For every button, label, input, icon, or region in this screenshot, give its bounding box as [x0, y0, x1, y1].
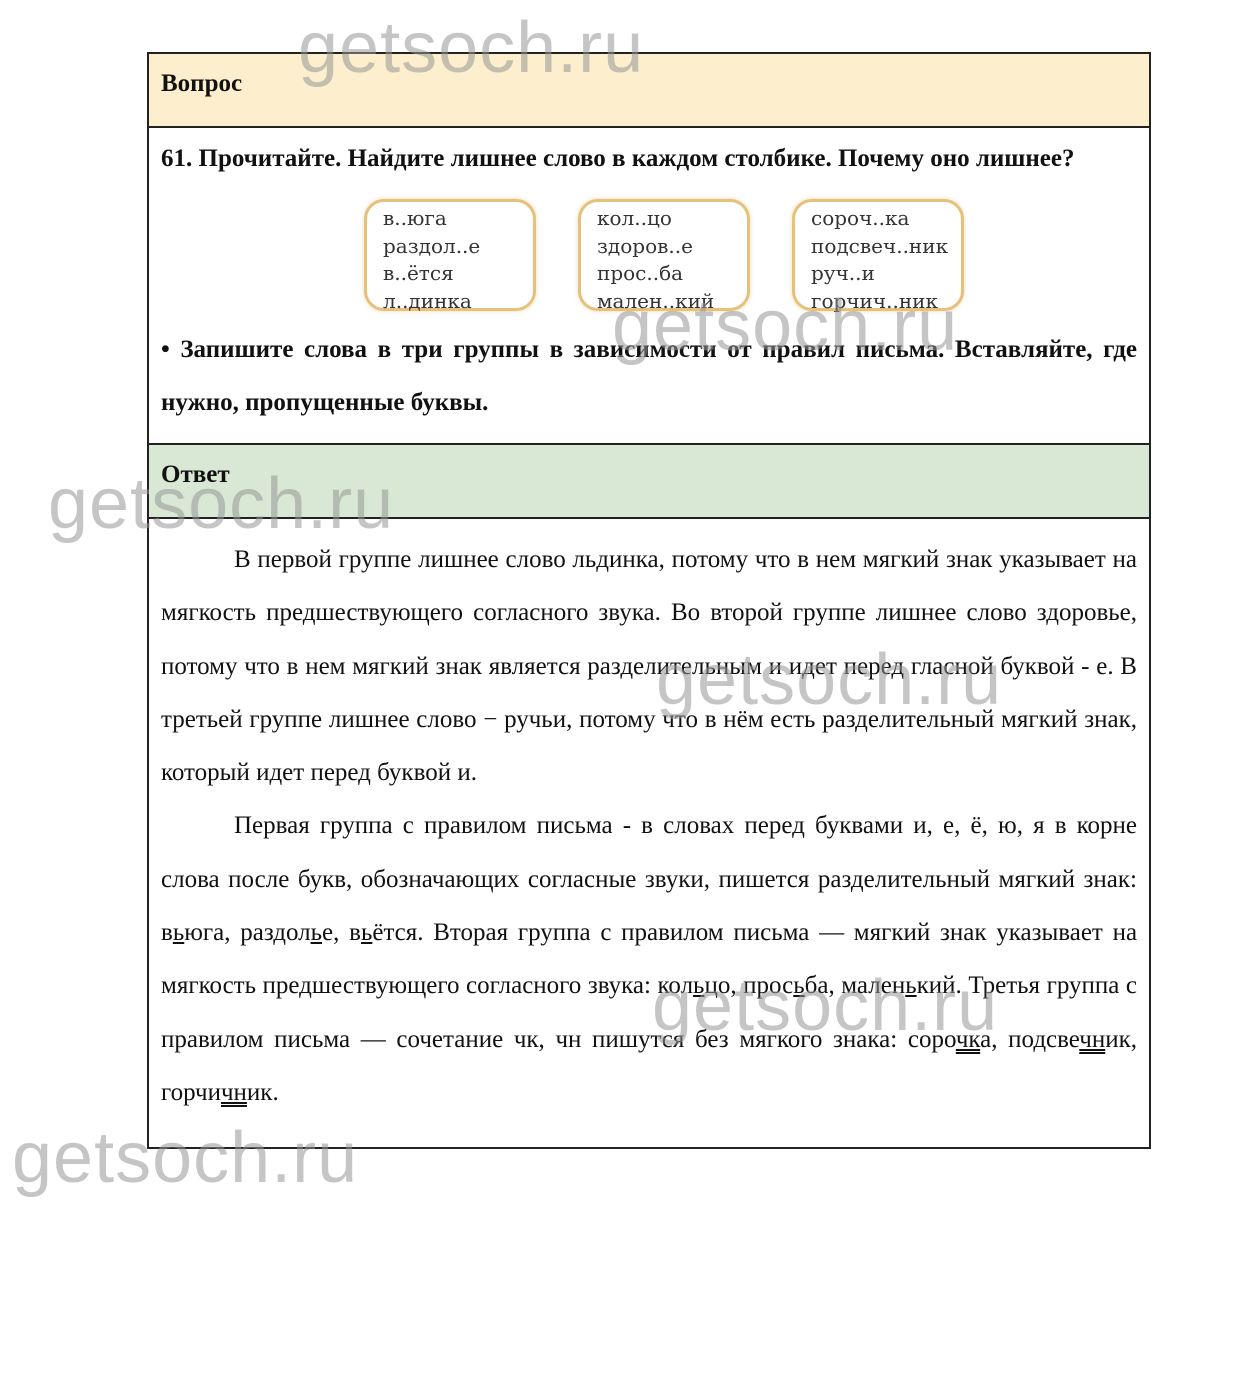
word-columns: в..юга раздол..е в..ётся л..динка кол..ц…	[161, 199, 1137, 311]
word-item: сороч..ка	[811, 205, 961, 233]
question-header: Вопрос	[149, 54, 1149, 128]
answer-header-label: Ответ	[161, 461, 230, 488]
example-word: маленький	[841, 972, 955, 999]
highlighted-letters: ь	[311, 919, 322, 946]
group1-intro: Первая группа с правилом письма - в слов…	[161, 812, 1137, 892]
example-word: вьюга	[161, 919, 224, 946]
highlighted-letters: чн	[221, 1079, 247, 1106]
highlighted-letters: чн	[1079, 1026, 1105, 1053]
word-item: здоров..е	[597, 233, 747, 261]
word-item: подсвеч..ник	[811, 233, 961, 261]
group1-words: вьюга, раздолье, вьётся	[161, 919, 417, 946]
word-item: горчич..ник	[811, 288, 961, 316]
word-item: л..динка	[383, 288, 533, 316]
example-word: сорочка	[908, 1026, 991, 1053]
example-word: подсвечник	[1008, 1026, 1131, 1053]
example-word: вьётся	[349, 919, 417, 946]
example-word: раздолье	[240, 919, 333, 946]
highlighted-letters: чк	[956, 1026, 980, 1053]
word-column-1: в..юга раздол..е в..ётся л..динка	[364, 199, 536, 311]
example-word: горчичник	[161, 1079, 272, 1106]
highlighted-letters: ь	[693, 972, 704, 999]
question-header-label: Вопрос	[161, 70, 242, 97]
answer-paragraph-2: Первая группа с правилом письма - в слов…	[161, 799, 1137, 1119]
question-task: • Запишите слова в три группы в зависимо…	[161, 323, 1137, 429]
word-item: руч..и	[811, 260, 961, 288]
word-item: прос..ба	[597, 260, 747, 288]
word-column-2: кол..цо здоров..е прос..ба мален..кий	[578, 199, 750, 311]
question-text: 61. Прочитайте. Найдите лишнее слово в к…	[161, 132, 1137, 185]
word-column-3: сороч..ка подсвеч..ник руч..и горчич..ни…	[792, 199, 964, 311]
example-word: просьба	[743, 972, 828, 999]
highlighted-letters: ь	[905, 972, 916, 999]
group2-words: кольцо, просьба, маленький	[658, 972, 956, 999]
word-item: в..юга	[383, 205, 533, 233]
qa-card: Вопрос 61. Прочитайте. Найдите лишнее сл…	[147, 52, 1151, 1149]
answer-body: В первой группе лишнее слово льдинка, по…	[149, 519, 1149, 1147]
highlighted-letters: ь	[793, 972, 804, 999]
highlighted-letters: ь	[173, 919, 184, 946]
word-item: в..ётся	[383, 260, 533, 288]
word-item: кол..цо	[597, 205, 747, 233]
answer-paragraph-1: В первой группе лишнее слово льдинка, по…	[161, 533, 1137, 799]
word-item: раздол..е	[383, 233, 533, 261]
question-body: 61. Прочитайте. Найдите лишнее слово в к…	[149, 128, 1149, 443]
word-item: мален..кий	[597, 288, 747, 316]
example-word: кольцо	[658, 972, 731, 999]
highlighted-letters: ь	[361, 919, 372, 946]
answer-header: Ответ	[149, 443, 1149, 519]
